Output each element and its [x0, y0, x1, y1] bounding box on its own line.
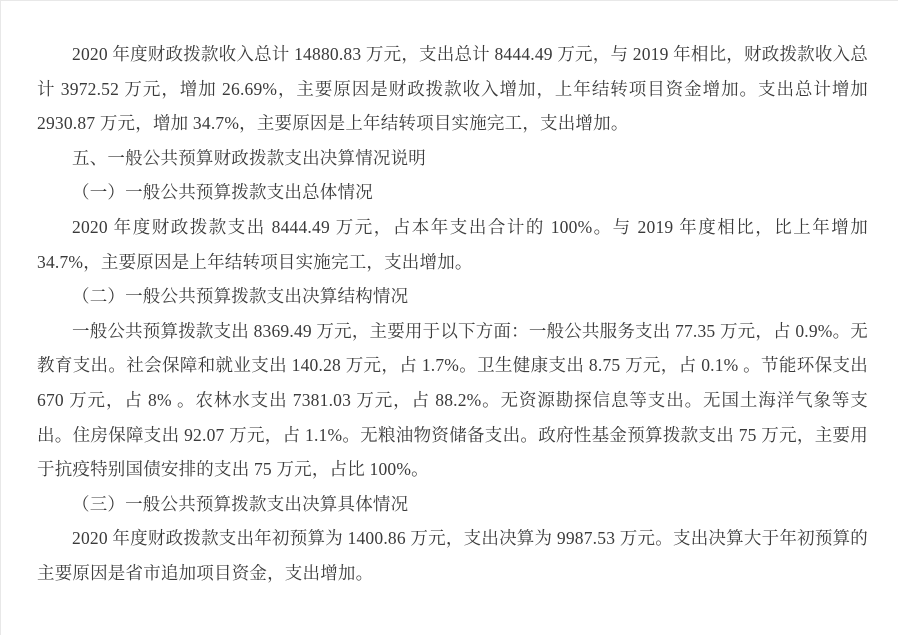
heading-subsection-1-overall-expenditure: （一）一般公共预算拨款支出总体情况 [37, 175, 868, 210]
heading-section-five-general-budget-expenditure-notes: 五、一般公共预算财政拨款支出决算情况说明 [37, 141, 868, 176]
heading-subsection-3-expenditure-specifics: （三）一般公共预算拨款支出决算具体情况 [37, 487, 868, 522]
document-page: 2020 年度财政拨款收入总计 14880.83 万元，支出总计 8444.49… [0, 0, 898, 635]
paragraph-overall-expenditure-details: 2020 年度财政拨款支出 8444.49 万元，占本年支出合计的 100%。与… [37, 210, 868, 279]
paragraph-fiscal-appropriation-totals: 2020 年度财政拨款收入总计 14880.83 万元，支出总计 8444.49… [37, 37, 868, 141]
paragraph-budget-vs-final-accounts: 2020 年度财政拨款支出年初预算为 1400.86 万元，支出决算为 9987… [37, 521, 868, 590]
paragraph-expenditure-structure-breakdown: 一般公共预算拨款支出 8369.49 万元，主要用于以下方面：一般公共服务支出 … [37, 314, 868, 487]
heading-subsection-2-expenditure-structure: （二）一般公共预算拨款支出决算结构情况 [37, 279, 868, 314]
